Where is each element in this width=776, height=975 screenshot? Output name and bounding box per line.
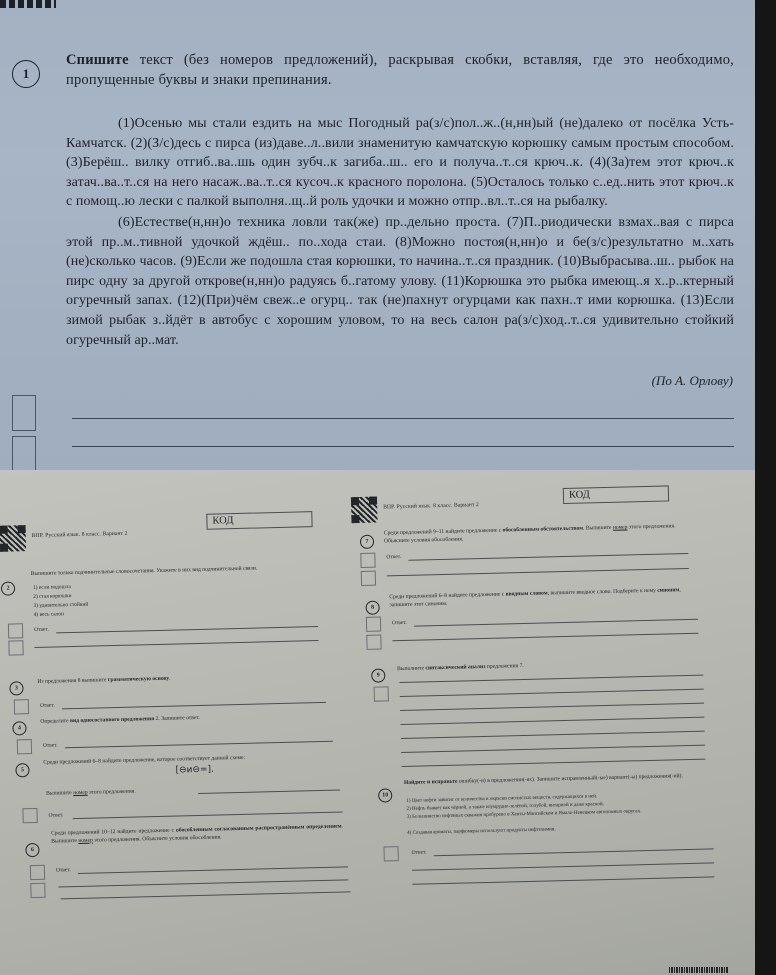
task-4-text: Определите вид односоставного предложени… (40, 712, 330, 727)
score-box (374, 686, 389, 701)
answer-line[interactable] (73, 811, 343, 819)
answer-label: Ответ. (49, 812, 64, 818)
task-3-text: Из предложения 8 выпишите грамматическую… (37, 672, 317, 686)
task-number-7: 7 (360, 535, 374, 549)
page-header-left: ВПР. Русский язык. 8 класс. Вариант 2 (32, 531, 128, 539)
paragraph-1: (1)Осенью мы стали ездить на мыс Погодны… (66, 114, 734, 212)
task-10-text: Найдите и исправьте ошибку(-и) в предлож… (404, 773, 710, 788)
answer-label: Ответ. (56, 867, 71, 873)
score-box (12, 436, 36, 470)
task-number-6: 6 (25, 843, 39, 857)
task-number-4: 4 (12, 721, 26, 735)
score-box (366, 634, 381, 649)
score-box (366, 616, 381, 631)
score-box (383, 846, 398, 861)
answer-label: Ответ. (412, 849, 427, 855)
answer-label: Ответ. (392, 620, 407, 626)
worksheet-page-1: 1 Спишите текст (без номеров предложений… (0, 0, 755, 470)
barcode (669, 967, 729, 973)
answer-line (72, 446, 734, 447)
answer-line[interactable] (412, 862, 714, 870)
task-6-text: Среди предложений 10–12 найдите предложе… (51, 823, 343, 845)
kod-field-left: КОД (206, 511, 312, 530)
score-box (12, 395, 36, 431)
qr-code-left (0, 525, 26, 552)
task-number-2: 2 (1, 581, 15, 595)
score-box (360, 553, 375, 568)
task-2-option: 4) весь салон (34, 611, 64, 618)
analysis-line[interactable] (401, 731, 705, 739)
qr-code-fragment (0, 0, 56, 8)
worksheet-spread: ВПР. Русский язык. 8 класс. Вариант 2 КО… (0, 470, 755, 934)
score-box (17, 739, 32, 754)
task-number-5: 5 (15, 763, 29, 777)
task-number-9: 9 (371, 668, 385, 682)
answer-line (72, 418, 734, 419)
score-box (361, 571, 376, 586)
text-author: (По А. Орлову) (652, 373, 733, 389)
answer-line[interactable] (78, 866, 348, 874)
answer-line[interactable] (58, 879, 348, 887)
score-box (8, 640, 23, 655)
score-box (22, 808, 37, 823)
task-8-text: Среди предложений 6–8 найдите предложени… (389, 587, 695, 609)
answer-label: Ответ. (386, 554, 401, 560)
score-box (14, 699, 29, 714)
task-1-instruction: Спишите текст (без номеров предложений),… (66, 50, 734, 90)
answer-line[interactable] (392, 633, 698, 641)
answer-line[interactable] (65, 741, 333, 749)
qr-code-right (351, 497, 378, 524)
answer-line[interactable] (387, 568, 689, 576)
analysis-line[interactable] (400, 717, 704, 725)
analysis-line[interactable] (399, 675, 703, 683)
answer-line[interactable] (61, 891, 351, 899)
task-2-option: 3) удивительно стойкий (33, 602, 88, 609)
task-2-option: 2) стая корюшки (33, 593, 71, 600)
sentence-scheme: [⊖и⊖=]. (175, 765, 214, 776)
answer-line[interactable] (62, 702, 326, 709)
task-10-option: 4) Создавая ароматы, парфюмеры использую… (407, 827, 556, 836)
task-1-text: (1)Осенью мы стали ездить на мыс Погодны… (66, 114, 734, 350)
score-box (30, 865, 45, 880)
task-number-3: 3 (9, 681, 23, 695)
page-header-right: ВПР. Русский язык. 8 класс. Вариант 2 (383, 502, 479, 510)
answer-line[interactable] (414, 619, 698, 627)
answer-line[interactable] (434, 848, 714, 856)
analysis-line[interactable] (401, 745, 705, 753)
instruction-verb: Спишите (66, 52, 129, 68)
answer-label: Ответ. (40, 702, 55, 708)
analysis-line[interactable] (400, 689, 704, 697)
answer-line[interactable] (56, 626, 318, 633)
analysis-line[interactable] (402, 759, 706, 767)
kod-field-right: КОД (563, 485, 669, 504)
screen-edge (755, 0, 776, 975)
answer-line[interactable] (408, 553, 688, 561)
analysis-line[interactable] (400, 703, 704, 711)
score-box (8, 623, 23, 638)
answer-label: Ответ. (43, 742, 58, 748)
answer-label: Ответ. (34, 627, 49, 633)
answer-line[interactable] (34, 640, 318, 648)
worksheet-page-2: ВПР. Русский язык. 8 класс. Вариант 2 КО… (0, 470, 755, 975)
task-number-1: 1 (12, 60, 40, 88)
task-number-8: 8 (365, 601, 379, 615)
task-2-text: Выпишите только подчинительные словосоче… (31, 564, 331, 579)
task-9-text: Выполните синтаксический анализ предложе… (397, 659, 697, 674)
paragraph-2: (6)Естестве(н,нн)о техника ловли так(же)… (66, 213, 734, 350)
score-box (30, 883, 45, 898)
answer-line[interactable] (412, 876, 714, 884)
task-2-option: 1) если подошла (33, 584, 71, 591)
task-7-text: Среди предложений 9–11 найдите предложен… (384, 523, 684, 545)
task-number-10: 10 (378, 788, 392, 802)
